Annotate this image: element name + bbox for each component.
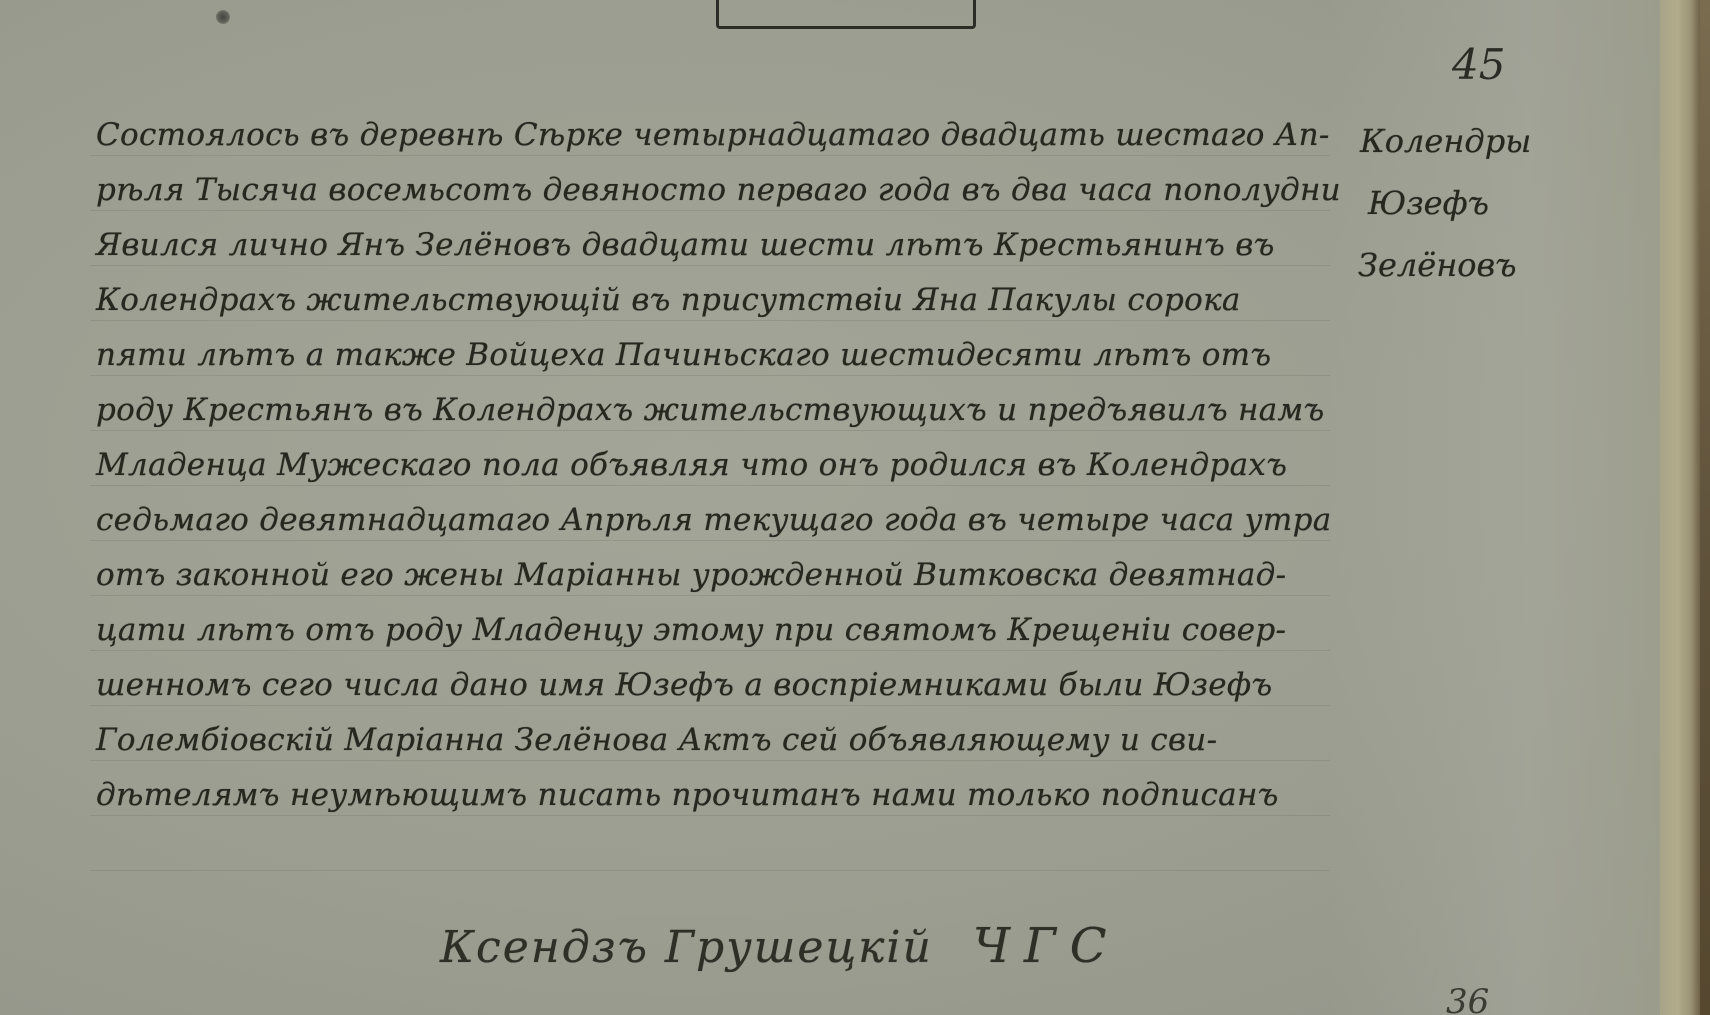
margin-surname: Зелёновъ <box>1358 234 1608 296</box>
page-number-top: 45 <box>1452 40 1505 89</box>
binding-edge <box>1700 0 1710 1015</box>
ink-spot <box>216 10 230 24</box>
record-line: седьмаго девятнадцатаго Апрѣля текущаго … <box>96 493 1336 548</box>
record-line: Голембіовскій Маріанна Зелёнова Актъ сей… <box>96 713 1336 768</box>
stamp-text: КОЛЕНДРЫ <box>719 0 973 2</box>
record-line: Состоялось въ деревнѣ Сѣрке четырнадцата… <box>96 108 1336 163</box>
record-line: Младенца Мужескаго пола объявляя что онъ… <box>96 438 1336 493</box>
margin-child-name: Юзефъ <box>1358 172 1608 234</box>
record-line: отъ законной его жены Маріанны урожденно… <box>96 548 1336 603</box>
priest-signature: Ксендзъ ГрушецкійЧГС <box>440 918 1120 974</box>
record-line: Колендрахъ жительствующій въ присутствіи… <box>96 273 1336 328</box>
signature-initials: ЧГС <box>973 918 1121 974</box>
margin-note: Колендры Юзефъ Зелёновъ <box>1358 110 1608 296</box>
record-line: шенномъ сего числа дано имя Юзефъ а восп… <box>96 658 1336 713</box>
record-line: пяти лѣтъ а также Войцеха Пачиньскаго ше… <box>96 328 1336 383</box>
record-line: цати лѣтъ отъ роду Младенцу этому при св… <box>96 603 1336 658</box>
village-stamp: КОЛЕНДРЫ <box>716 0 976 29</box>
ruled-line <box>90 870 1330 871</box>
page-number-bottom: 36 <box>1446 982 1489 1015</box>
record-line: Явился лично Янъ Зелёновъ двадцати шести… <box>96 218 1336 273</box>
record-line: дѣтелямъ неумѣющимъ писать прочитанъ нам… <box>96 768 1336 823</box>
margin-village: Колендры <box>1358 110 1608 172</box>
record-body: Состоялось въ деревнѣ Сѣрке четырнадцата… <box>96 108 1336 823</box>
document-page: КОЛЕНДРЫ 45 36 Состоялось въ деревнѣ Сѣр… <box>0 0 1710 1015</box>
signature-name: Ксендзъ Грушецкій <box>440 922 933 973</box>
record-line: рѣля Тысяча восемьсотъ девяносто перваго… <box>96 163 1336 218</box>
record-line: роду Крестьянъ въ Колендрахъ жительствую… <box>96 383 1336 438</box>
